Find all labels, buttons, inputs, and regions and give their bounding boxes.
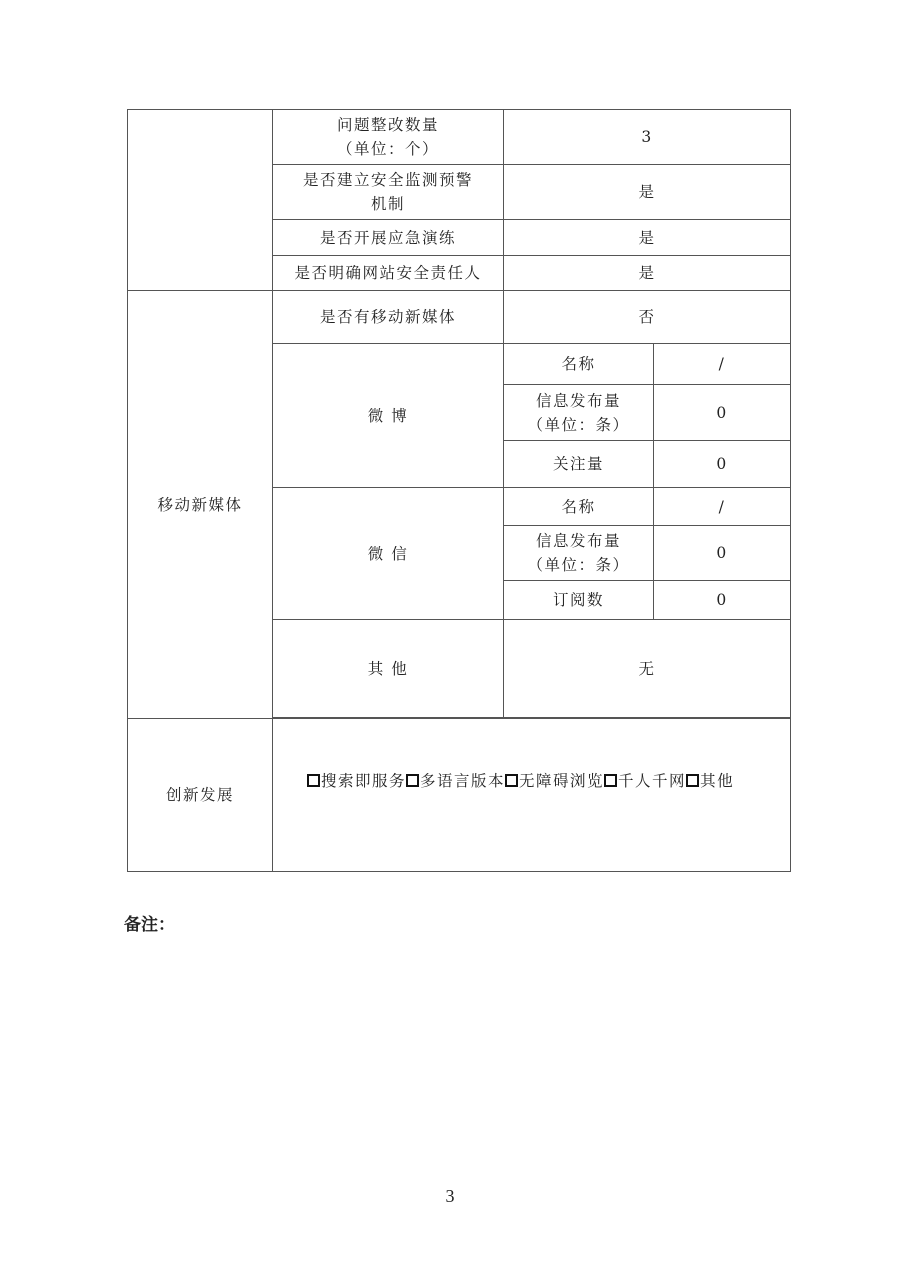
checkbox-icon[interactable]: [406, 774, 419, 787]
table-row: 移动新媒体 是否有移动新媒体 否: [128, 291, 791, 344]
section-label-cell-empty: [128, 110, 273, 291]
section-label-mobile-media: 移动新媒体: [128, 291, 273, 719]
note-label: 备注：: [124, 910, 175, 935]
checkbox-icon[interactable]: [307, 774, 320, 787]
option-accessibility[interactable]: 无障碍浏览: [505, 772, 604, 790]
row-label: 是否建立安全监测预警机制: [273, 165, 504, 220]
sub-value: 0: [654, 385, 791, 441]
sub-value: 0: [654, 526, 791, 581]
other-label: 其 他: [273, 620, 504, 718]
website-report-table: 问题整改数量（单位：个） 3 是否建立安全监测预警机制 是 是否开展应急演练 是…: [127, 109, 791, 872]
sub-label: 关注量: [504, 441, 654, 488]
sub-value: /: [654, 488, 791, 526]
row-value: 是: [504, 165, 791, 220]
sub-value: 0: [654, 441, 791, 488]
row-label: 是否有移动新媒体: [273, 291, 504, 344]
sub-label: 信息发布量（单位：条）: [504, 385, 654, 441]
wechat-label: 微 信: [273, 488, 504, 620]
row-label: 是否开展应急演练: [273, 220, 504, 256]
row-label: 问题整改数量（单位：个）: [273, 110, 504, 165]
sub-value: /: [654, 344, 791, 385]
row-value: 是: [504, 256, 791, 291]
table-row: 问题整改数量（单位：个） 3: [128, 110, 791, 165]
innovation-options: 搜索即服务多语言版本无障碍浏览千人千网其他: [273, 719, 791, 872]
page-number: 3: [0, 1186, 900, 1207]
option-personalized[interactable]: 千人千网: [604, 772, 686, 790]
row-value: 否: [504, 291, 791, 344]
weibo-label: 微 博: [273, 344, 504, 488]
option-other[interactable]: 其他: [686, 772, 734, 790]
checkbox-icon[interactable]: [604, 774, 617, 787]
table-row: 创新发展 搜索即服务多语言版本无障碍浏览千人千网其他: [128, 719, 791, 872]
other-value: 无: [504, 620, 791, 718]
sub-label: 订阅数: [504, 581, 654, 620]
section-label-innovation: 创新发展: [128, 719, 273, 872]
document-page: 问题整改数量（单位：个） 3 是否建立安全监测预警机制 是 是否开展应急演练 是…: [0, 0, 900, 1272]
sub-value: 0: [654, 581, 791, 620]
option-search-as-service[interactable]: 搜索即服务: [307, 772, 406, 790]
option-multilingual[interactable]: 多语言版本: [406, 772, 505, 790]
row-value: 3: [504, 110, 791, 165]
sub-label: 名称: [504, 488, 654, 526]
checkbox-icon[interactable]: [686, 774, 699, 787]
row-value: 是: [504, 220, 791, 256]
row-label: 是否明确网站安全责任人: [273, 256, 504, 291]
checkbox-icon[interactable]: [505, 774, 518, 787]
sub-label: 名称: [504, 344, 654, 385]
sub-label: 信息发布量（单位：条）: [504, 526, 654, 581]
